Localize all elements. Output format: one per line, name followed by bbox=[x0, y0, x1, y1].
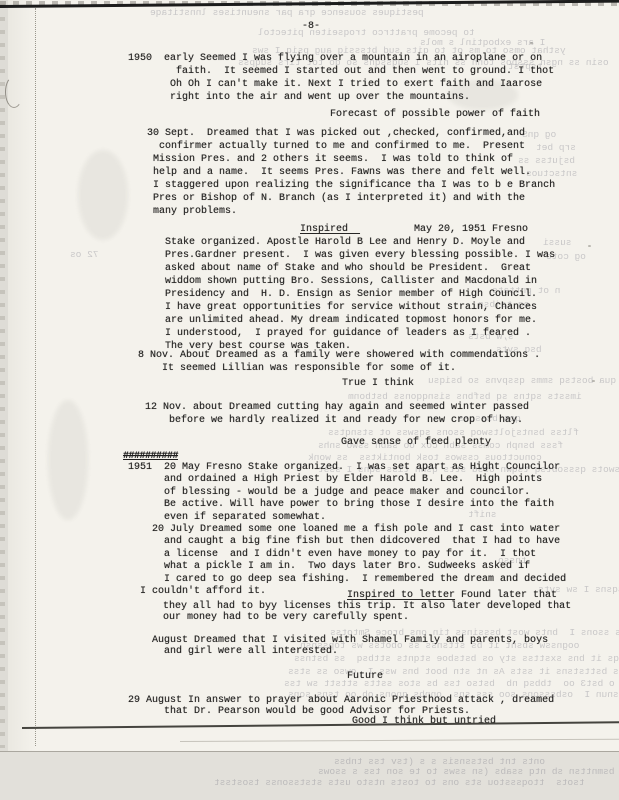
entry-12-nov: 12 Nov. about Dreamed cutting hay again … bbox=[145, 401, 529, 427]
entry-august: August Dreamed that I visited with Shame… bbox=[152, 635, 548, 657]
annotation-inspired: Inspired May 20, 1951 Fresno bbox=[300, 223, 528, 236]
paper-smudge bbox=[78, 150, 128, 240]
bleedthrough-text: ti sns bsmnttsn sb ntq ssabs (sn ssws to… bbox=[318, 767, 619, 777]
entry-29-august: 29 August In answer to prayer about Aaro… bbox=[128, 695, 554, 717]
entry-inspired-body: Stake organized. Apostle Harold B Lee an… bbox=[165, 236, 555, 353]
bleedthrough-text: ons bsttstsns it ssts As nt stn boot bns… bbox=[288, 667, 619, 677]
bleedthrough-text: o bst3 oo tbbsq nb bstso tss bs stos sst… bbox=[284, 679, 615, 689]
entry-30-sept: 30 Sept. Dreamed that I was picked out ,… bbox=[147, 127, 555, 218]
bleedthrough-text: 72 os bbox=[70, 250, 99, 260]
inspired-date-text: May 20, 1951 Fresno bbox=[360, 224, 528, 235]
annotation-forecast: Forecast of possible power of faith bbox=[330, 108, 540, 121]
entry-1950: 1950 early Seemed I was flying over a mo… bbox=[128, 52, 554, 104]
bleedthrough-text: pestiques sousence qra par sneuntises ln… bbox=[150, 8, 424, 18]
entry-1951: 1951 20 May Fresno Stake organized. I wa… bbox=[128, 462, 566, 598]
paper-smudge bbox=[48, 400, 88, 520]
paper-left-shading bbox=[8, 0, 36, 751]
perforation-dotted-line bbox=[35, 8, 36, 746]
page-number: -8- bbox=[302, 20, 320, 33]
ink-speck bbox=[588, 245, 591, 247]
inspired-letter-underlined-label: Inspired to letter bbox=[347, 590, 455, 601]
bleedthrough-text: tsots ttoqssstou sts ons to tosts ntsto … bbox=[214, 778, 585, 788]
entry-letter-body: they all had to byy licenses this trip. … bbox=[163, 601, 571, 623]
annotation-true-i-think: True I think bbox=[342, 377, 414, 390]
annotation-feed-plenty: Gave sense of feed plenty bbox=[341, 436, 491, 449]
inspired-underlined-label: Inspired bbox=[300, 224, 360, 235]
pen-mark-arc bbox=[5, 76, 23, 108]
inspired-letter-rest-text: Found later that bbox=[455, 590, 557, 601]
scan-edge-dashes bbox=[0, 4, 5, 748]
bleedthrough-text: tii qua bostsq smms qsspvns so bsiqsu bbox=[428, 376, 619, 386]
entry-8-nov: 8 Nov. About Dreamed as a family were sh… bbox=[138, 349, 540, 375]
annotation-good-untried: Good I think but untried bbox=[352, 715, 496, 728]
annotation-future: Future bbox=[347, 670, 383, 683]
scanned-page: -8- 1950 early Seemed I was flying over … bbox=[0, 0, 619, 800]
